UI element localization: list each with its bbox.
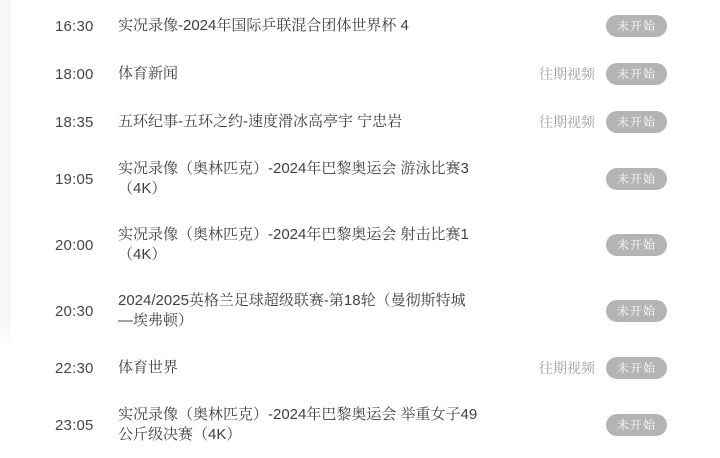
program-time: 18:00 — [55, 66, 118, 83]
program-time: 16:30 — [55, 18, 118, 35]
program-row: 23:05 实况录像（奥林匹克）-2024年巴黎奥运会 举重女子49 公斤级决赛… — [55, 392, 667, 458]
program-row: 16:30 实况录像-2024年国际乒联混合团体世界杯 4 未开始 — [55, 2, 667, 50]
program-time: 18:35 — [55, 114, 118, 131]
replay-video-link[interactable]: 往期视频 — [539, 112, 595, 132]
program-meta: 未开始 — [606, 300, 667, 322]
status-badge-not-started: 未开始 — [606, 234, 667, 256]
program-title: 实况录像-2024年国际乒联混合团体世界杯 4 — [118, 16, 409, 36]
program-time: 22:30 — [55, 360, 118, 377]
program-title: 实况录像（奥林匹克）-2024年巴黎奥运会 射击比赛1 （4K） — [118, 225, 469, 265]
program-meta: 往期视频 未开始 — [539, 63, 667, 85]
program-row: 19:05 实况录像（奥林匹克）-2024年巴黎奥运会 游泳比赛3 （4K） 未… — [55, 146, 667, 212]
program-meta: 往期视频 未开始 — [539, 111, 667, 133]
program-meta: 未开始 — [606, 15, 667, 37]
program-title: 实况录像（奥林匹克）-2024年巴黎奥运会 举重女子49 公斤级决赛（4K） — [118, 405, 477, 445]
program-meta: 未开始 — [606, 414, 667, 436]
program-title: 体育新闻 — [118, 64, 178, 84]
status-badge-not-started: 未开始 — [606, 63, 667, 85]
program-title: 体育世界 — [118, 358, 178, 378]
replay-video-link[interactable]: 往期视频 — [539, 358, 595, 378]
replay-video-link[interactable]: 往期视频 — [539, 64, 595, 84]
program-title: 五环纪事-五环之约-速度滑冰高亭宇 宁忠岩 — [118, 112, 402, 132]
status-badge-not-started: 未开始 — [606, 300, 667, 322]
program-meta: 未开始 — [606, 234, 667, 256]
status-badge-not-started: 未开始 — [606, 15, 667, 37]
status-badge-not-started: 未开始 — [606, 168, 667, 190]
program-row: 18:35 五环纪事-五环之约-速度滑冰高亭宇 宁忠岩 往期视频 未开始 — [55, 98, 667, 146]
program-time: 20:00 — [55, 237, 118, 254]
program-time: 23:05 — [55, 417, 118, 434]
program-title: 2024/2025英格兰足球超级联赛-第18轮（曼彻斯特城 —埃弗顿） — [118, 291, 466, 331]
status-badge-not-started: 未开始 — [606, 414, 667, 436]
program-time: 20:30 — [55, 303, 118, 320]
status-badge-not-started: 未开始 — [606, 357, 667, 379]
page: { "colors": { "title": "#404040", "time"… — [0, 0, 720, 458]
program-row: 22:30 体育世界 往期视频 未开始 — [55, 344, 667, 392]
program-meta: 往期视频 未开始 — [539, 357, 667, 379]
program-row: 20:30 2024/2025英格兰足球超级联赛-第18轮（曼彻斯特城 —埃弗顿… — [55, 278, 667, 344]
program-schedule-list: 16:30 实况录像-2024年国际乒联混合团体世界杯 4 未开始 18:00 … — [0, 0, 720, 458]
program-time: 19:05 — [55, 171, 118, 188]
program-row: 20:00 实况录像（奥林匹克）-2024年巴黎奥运会 射击比赛1 （4K） 未… — [55, 212, 667, 278]
program-title: 实况录像（奥林匹克）-2024年巴黎奥运会 游泳比赛3 （4K） — [118, 159, 469, 199]
status-badge-not-started: 未开始 — [606, 111, 667, 133]
program-meta: 未开始 — [606, 168, 667, 190]
program-row: 18:00 体育新闻 往期视频 未开始 — [55, 50, 667, 98]
